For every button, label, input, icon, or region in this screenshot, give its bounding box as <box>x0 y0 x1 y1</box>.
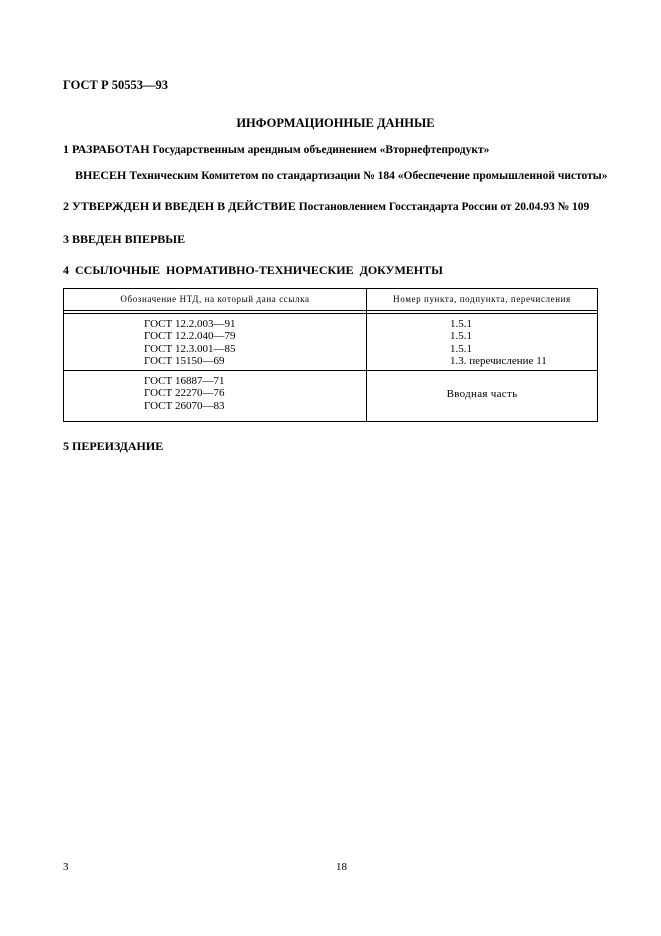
reference-documents-table: Обозначение НТД, на который дана ссылка … <box>63 288 598 422</box>
table-cell: 1.5.1 <box>450 318 547 330</box>
section-2-text: Постановлением Госстандарта России от 20… <box>299 201 590 213</box>
page-number: 18 <box>336 861 347 873</box>
section-1-submitted-text: Техническим Комитетом по стандартизации … <box>129 170 607 182</box>
header-divider-second <box>64 313 597 314</box>
table-row-2-docs: ГОСТ 16887—71 ГОСТ 22270—76 ГОСТ 26070—8… <box>144 375 224 412</box>
section-2-lead: 2 УТВЕРЖДЕН И ВВЕДЕН В ДЕЙСТВИЕ <box>63 199 296 213</box>
table-cell: ГОСТ 22270—76 <box>144 387 224 399</box>
header-divider <box>64 310 597 311</box>
table-cell: ГОСТ 15150—69 <box>144 355 235 367</box>
section-2: 2 УТВЕРЖДЕН И ВВЕДЕН В ДЕЙСТВИЕ Постанов… <box>63 199 589 214</box>
section-1-text: Государственным арендным объединением «В… <box>153 144 490 156</box>
section-1-submitted-lead: ВНЕСЕН <box>75 168 126 182</box>
section-5: 5 ПЕРЕИЗДАНИЕ <box>63 439 163 454</box>
section-4: 4 ССЫЛОЧНЫЕ НОРМАТИВНО-ТЕХНИЧЕСКИЕ ДОКУМ… <box>63 263 443 278</box>
footer-left-number: 3 <box>63 861 69 873</box>
table-row-1-docs: ГОСТ 12.2.003—91 ГОСТ 12.2.040—79 ГОСТ 1… <box>144 318 235 367</box>
table-cell: 1.5.1 <box>450 330 547 342</box>
table-header-document: Обозначение НТД, на который дана ссылка <box>64 294 366 304</box>
table-cell: Вводная часть <box>366 388 598 400</box>
section-1-submitted: ВНЕСЕН Техническим Комитетом по стандарт… <box>75 168 608 183</box>
table-cell: ГОСТ 12.2.003—91 <box>144 318 235 330</box>
document-code: ГОСТ Р 50553—93 <box>63 78 168 93</box>
table-header-clause: Номер пункта, подпункта, перечисления <box>366 294 598 304</box>
table-cell: ГОСТ 12.2.040—79 <box>144 330 235 342</box>
table-cell: 1.3. перечисление 11 <box>450 355 547 367</box>
row-divider <box>64 370 597 371</box>
table-cell: ГОСТ 12.3.001—85 <box>144 343 235 355</box>
section-1-lead: 1 РАЗРАБОТАН <box>63 142 150 156</box>
table-cell: ГОСТ 26070—83 <box>144 400 224 412</box>
table-cell: ГОСТ 16887—71 <box>144 375 224 387</box>
section-1: 1 РАЗРАБОТАН Государственным арендным об… <box>63 142 489 157</box>
page-title: ИНФОРМАЦИОННЫЕ ДАННЫЕ <box>0 116 661 131</box>
table-row-1-refs: 1.5.1 1.5.1 1.5.1 1.3. перечисление 11 <box>450 318 547 367</box>
table-cell: 1.5.1 <box>450 343 547 355</box>
table-row-2-refs: Вводная часть <box>366 388 598 400</box>
column-divider <box>366 289 367 421</box>
section-3: 3 ВВЕДЕН ВПЕРВЫЕ <box>63 232 185 247</box>
